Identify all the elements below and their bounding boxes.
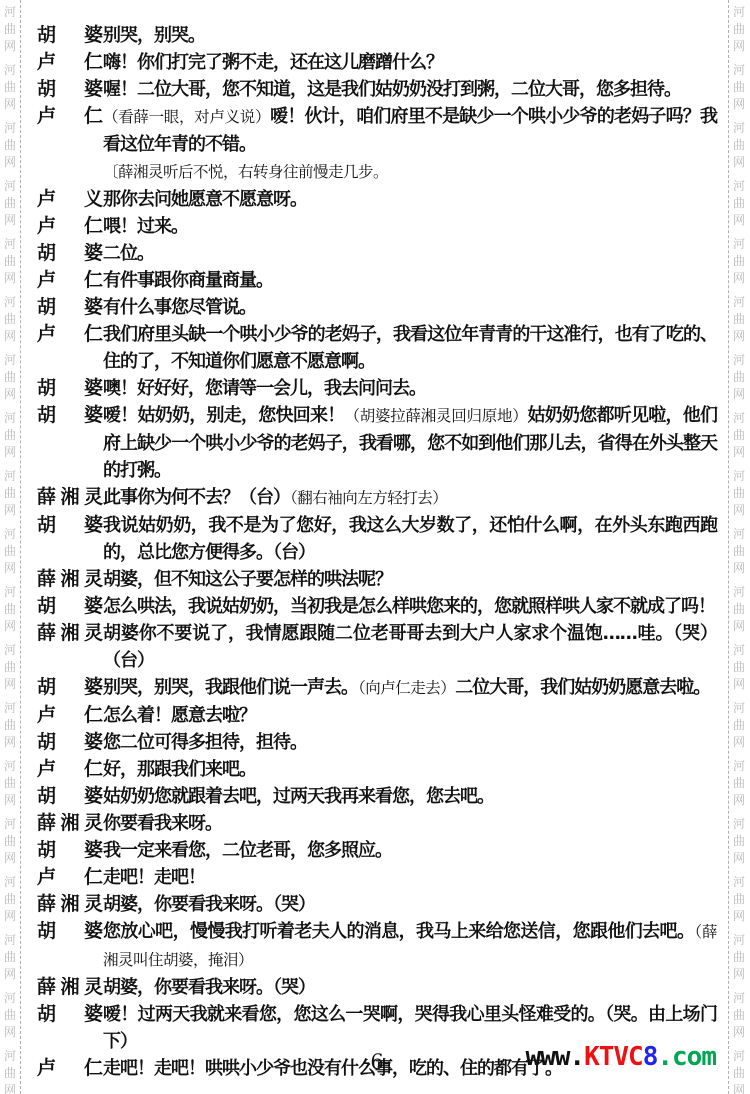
margin-watermark-char: 河 [1,294,19,311]
margin-watermark-char: 河 [730,120,748,137]
margin-watermark-char: 河 [730,294,748,311]
dialogue-text: 胡婆，你要看我来呀。（哭） [103,977,315,998]
margin-watermark-char: 曲 [730,833,748,850]
speaker-name: 卢仁 [37,103,103,130]
margin-watermark-char: 曲 [1,485,19,502]
margin-watermark-char: 网 [1,1082,19,1094]
margin-watermark-char: 曲 [1,659,19,676]
site-watermark-part: www. [525,1042,584,1072]
margin-watermark-char: 网 [730,792,748,809]
speech-line: 薛湘灵胡婆，但不知这公子要怎样的哄法呢？ [37,566,717,593]
margin-watermark-char: 曲 [1,1065,19,1082]
speaker-name: 薛湘灵 [37,974,103,1001]
margin-watermark-char: 网 [1,966,19,983]
margin-watermark-char: 曲 [730,1065,748,1082]
speech-text: 胡婆，你要看我来呀。（哭） [103,974,717,1001]
margin-watermark-char: 网 [1,270,19,287]
margin-watermark-char: 网 [1,734,19,751]
margin-watermark-char: 网 [730,1082,748,1094]
margin-watermark-char: 网 [1,618,19,635]
margin-watermark-char: 曲 [730,601,748,618]
margin-watermark-char: 网 [730,618,748,635]
speech-line: 胡婆您放心吧，慢慢我打听着老夫人的消息，我马上来给您送信，您跟他们去吧。（薛湘灵… [37,918,717,974]
speech-text: （看薛一眼，对卢义说）嗳！伙计，咱们府里不是缺少一个哄小少爷的老妈子吗？我看这位… [103,103,717,158]
margin-watermark-char: 河 [730,526,748,543]
dialogue-text: 胡婆，你要看我来呀。（哭） [103,894,315,915]
margin-watermark-char: 河 [1,178,19,195]
dialogue-text: 喔！二位大哥，您不知道，这是我们姑奶奶没打到粥，二位大哥，您多担待。 [103,79,681,100]
speaker-name: 胡婆 [37,76,103,103]
dialogue-text: 好，那跟我们来吧。 [103,759,256,780]
dialogue-text: 此事你为何不去？（台） [103,487,290,508]
speech-line: 卢仁（看薛一眼，对卢义说）嗳！伙计，咱们府里不是缺少一个哄小少爷的老妈子吗？我看… [37,103,717,158]
margin-watermark-char: 河 [730,62,748,79]
speaker-name: 薛湘灵 [37,566,103,593]
dialogue-text: 怎么着！愿意去啦？ [103,705,256,726]
margin-watermark-char: 河 [730,758,748,775]
speech-text: 有什么事您尽管说。 [103,294,717,321]
margin-watermark-char: 河 [730,468,748,485]
margin-watermark-char: 网 [1,908,19,925]
margin-watermark-char: 河 [1,4,19,21]
speech-text: 喂！过来。 [103,213,717,240]
speaker-name: 胡婆 [37,918,103,945]
speaker-name: 胡婆 [37,1001,103,1028]
margin-watermark-char: 网 [1,560,19,577]
dialogue-text: 走吧！走吧！ [103,867,205,888]
stage-direction: （翻右袖向左方轻打去） [290,489,447,507]
margin-watermark-char: 河 [1,410,19,427]
margin-watermark-char: 网 [730,560,748,577]
dialogue-text: 噢！好好好，您请等一会儿，我去问问去。 [103,378,426,399]
dialogue-text: 嗨！你们打完了粥不走，还在这儿磨蹭什么？ [103,52,443,73]
speech-text: 我一定来看您，二位老哥，您多照应。 [103,837,717,864]
site-watermark: www.KTVC8.com [525,1042,716,1072]
speech-text: 姑奶奶您就跟着去吧，过两天我再来看您，您去吧。 [103,783,717,810]
margin-watermark-char: 曲 [1,775,19,792]
margin-watermark-char: 网 [730,38,748,55]
dialogue-text: 你要看我来呀。 [103,813,222,834]
speech-text: 噢！好好好，您请等一会儿，我去问问去。 [103,375,717,402]
margin-watermark-char: 曲 [730,195,748,212]
speaker-name: 卢仁 [37,702,103,729]
margin-watermark-char: 曲 [1,543,19,560]
dialogue-text: 我说姑奶奶，我不是为了您好，我这么大岁数了，还怕什么啊，在外头东跑西跑的，总比您… [103,515,717,563]
margin-watermark-char: 河 [1,120,19,137]
speech-text: 喔！二位大哥，您不知道，这是我们姑奶奶没打到粥，二位大哥，您多担待。 [103,76,717,103]
margin-watermark-char: 网 [730,386,748,403]
margin-watermark-char: 河 [1,62,19,79]
speech-line: 卢仁怎么着！愿意去啦？ [37,702,717,729]
speaker-name: 胡婆 [37,729,103,756]
margin-watermark-char: 曲 [730,1007,748,1024]
speech-line: 胡婆喔！二位大哥，您不知道，这是我们姑奶奶没打到粥，二位大哥，您多担待。 [37,76,717,103]
left-dashed-border [20,0,21,1094]
speech-line: 薛湘灵你要看我来呀。 [37,810,717,837]
margin-watermark-char: 网 [730,966,748,983]
speaker-name: 胡婆 [37,593,103,620]
margin-watermark-char: 河 [1,468,19,485]
speech-line: 胡婆有什么事您尽管说。 [37,294,717,321]
margin-watermark-char: 网 [730,908,748,925]
margin-watermark-char: 网 [730,734,748,751]
margin-watermark-char: 河 [730,816,748,833]
margin-watermark-char: 河 [1,874,19,891]
dialogue-text: 您二位可得多担待，担待。 [103,732,307,753]
speech-text: 那你去问她愿意不愿意呀。 [103,186,717,213]
speaker-name: 薛湘灵 [37,484,103,511]
margin-watermark-char: 网 [1,96,19,113]
speech-line: 薛湘灵胡婆，你要看我来呀。（哭） [37,974,717,1001]
script-page: 河曲网河曲网河曲网河曲网河曲网河曲网河曲网河曲网河曲网河曲网河曲网河曲网河曲网河… [0,0,750,1094]
margin-watermark-char: 河 [1,816,19,833]
speech-text: 你要看我来呀。 [103,810,717,837]
speech-line: 胡婆嗳！姑奶奶，别走，您快回来！（胡婆拉薛湘灵回归原地）姑奶奶您都听见啦，他们府… [37,402,717,484]
margin-watermark-char: 曲 [1,891,19,908]
speech-line: 薛湘灵胡婆，你要看我来呀。（哭） [37,891,717,918]
margin-watermark-char: 曲 [730,891,748,908]
margin-watermark-char: 网 [730,328,748,345]
margin-watermark-char: 河 [1,352,19,369]
site-watermark-part: .com [657,1042,716,1072]
dialogue-text: 那你去问她愿意不愿意呀。 [103,189,307,210]
margin-watermark-char: 曲 [730,311,748,328]
speech-line: 胡婆二位。 [37,240,717,267]
margin-watermark-char: 曲 [730,137,748,154]
margin-watermark-char: 河 [730,236,748,253]
margin-watermark-char: 网 [1,676,19,693]
margin-watermark-char: 曲 [1,427,19,444]
margin-watermark-char: 网 [1,792,19,809]
margin-watermark-char: 网 [730,154,748,171]
speaker-name: 胡婆 [37,674,103,701]
speaker-name: 卢义 [37,186,103,213]
speaker-name: 卢仁 [37,267,103,294]
margin-watermark-char: 河 [1,1048,19,1065]
speech-line: 胡婆噢！好好好，您请等一会儿，我去问问去。 [37,375,717,402]
dialogue-text: 我们府里头缺一个哄小少爷的老妈子，我看这位年青青的干这准行，也有了吃的、住的了，… [103,324,717,372]
speaker-name: 薛湘灵 [37,891,103,918]
speech-line: 卢仁嗨！你们打完了粥不走，还在这儿磨蹭什么？ [37,49,717,76]
dialogue-text: 嗳！姑奶奶，别走，您快回来！ [103,405,345,426]
speaker-name: 卢仁 [37,756,103,783]
margin-watermark-char: 网 [730,676,748,693]
speech-line: 胡婆我说姑奶奶，我不是为了您好，我这么大岁数了，还怕什么啊，在外头东跑西跑的，总… [37,512,717,566]
speech-text: 胡婆，你要看我来呀。（哭） [103,891,717,918]
margin-watermark-char: 河 [1,758,19,775]
script-body: 胡婆别哭，别哭。卢仁嗨！你们打完了粥不走，还在这儿磨蹭什么？胡婆喔！二位大哥，您… [37,0,717,1082]
margin-watermark-char: 曲 [1,833,19,850]
dialogue-text: 您放心吧，慢慢我打听着老夫人的消息，我马上来给您送信，您跟他们去吧。 [103,921,694,942]
margin-watermark-char: 曲 [1,369,19,386]
speech-line: 胡婆您二位可得多担待，担待。 [37,729,717,756]
margin-watermark-char: 网 [1,386,19,403]
margin-watermark-char: 河 [730,1048,748,1065]
speaker-name: 卢仁 [37,864,103,891]
margin-watermark-char: 网 [730,96,748,113]
right-margin-watermark: 河曲网河曲网河曲网河曲网河曲网河曲网河曲网河曲网河曲网河曲网河曲网河曲网河曲网河… [730,0,748,1094]
speech-text: 嗨！你们打完了粥不走，还在这儿磨蹭什么？ [103,49,717,76]
speech-line: 胡婆怎么哄法，我说姑奶奶，当初我是怎么样哄您来的，您就照样哄人家不就成了吗！ [37,593,717,620]
speech-text: 您二位可得多担待，担待。 [103,729,717,756]
speech-line: 胡婆我一定来看您，二位老哥，您多照应。 [37,837,717,864]
speaker-name: 胡婆 [37,375,103,402]
speaker-name: 薛湘灵 [37,620,103,647]
dialogue-text: 别哭，别哭。 [103,25,205,46]
margin-watermark-char: 曲 [730,543,748,560]
speech-text: 二位。 [103,240,717,267]
margin-watermark-char: 河 [730,410,748,427]
margin-watermark-char: 曲 [730,79,748,96]
speech-text: 我说姑奶奶，我不是为了您好，我这么大岁数了，还怕什么啊，在外头东跑西跑的，总比您… [103,512,717,566]
speech-text: 嗳！姑奶奶，别走，您快回来！（胡婆拉薛湘灵回归原地）姑奶奶您都听见啦，他们府上缺… [103,402,717,484]
speaker-name: 薛湘灵 [37,810,103,837]
margin-watermark-char: 曲 [730,775,748,792]
speech-line: 胡婆姑奶奶您就跟着去吧，过两天我再来看您，您去吧。 [37,783,717,810]
margin-watermark-char: 网 [730,444,748,461]
margin-watermark-char: 曲 [1,949,19,966]
margin-watermark-char: 网 [1,154,19,171]
stage-direction: （看薛一眼，对卢义说） [103,108,270,126]
margin-watermark-char: 曲 [1,601,19,618]
margin-watermark-char: 网 [1,850,19,867]
speaker-name: 卢仁 [37,321,103,348]
speech-text: 怎么着！愿意去啦？ [103,702,717,729]
speech-line: 卢仁我们府里头缺一个哄小少爷的老妈子，我看这位年青青的干这准行，也有了吃的、住的… [37,321,717,375]
margin-watermark-char: 河 [1,700,19,717]
margin-watermark-char: 曲 [730,427,748,444]
margin-watermark-char: 网 [1,1024,19,1041]
dialogue-text: 别哭，别哭，我跟他们说一声去。 [103,677,358,698]
dialogue-text: 有什么事您尽管说。 [103,297,256,318]
margin-watermark-char: 曲 [730,21,748,38]
speech-line: 胡婆别哭，别哭，我跟他们说一声去。（向卢仁走去）二位大哥，我们姑奶奶愿意去啦。 [37,674,717,702]
speech-text: 胡婆，但不知这公子要怎样的哄法呢？ [103,566,717,593]
margin-watermark-char: 曲 [1,253,19,270]
margin-watermark-char: 网 [730,270,748,287]
margin-watermark-char: 曲 [1,137,19,154]
stage-direction: （胡婆拉薛湘灵回归原地） [345,407,528,425]
margin-watermark-char: 网 [730,212,748,229]
speaker-name: 卢仁 [37,49,103,76]
margin-watermark-char: 河 [730,700,748,717]
right-dashed-border [728,0,729,1094]
margin-watermark-char: 河 [1,642,19,659]
margin-watermark-char: 曲 [1,311,19,328]
stage-direction: 〔薛湘灵听后不悦，右转身往前慢走几步。 [103,163,388,181]
speaker-name: 卢仁 [37,213,103,240]
speech-text: 怎么哄法，我说姑奶奶，当初我是怎么样哄您来的，您就照样哄人家不就成了吗！ [103,593,717,620]
speech-line: 卢仁好，那跟我们来吧。 [37,756,717,783]
margin-watermark-char: 曲 [1,79,19,96]
margin-watermark-char: 网 [1,212,19,229]
speech-text: 此事你为何不去？（台）（翻右袖向左方轻打去） [103,484,717,512]
margin-watermark-char: 河 [730,990,748,1007]
speaker-name: 胡婆 [37,402,103,429]
margin-watermark-char: 网 [1,502,19,519]
left-margin-watermark: 河曲网河曲网河曲网河曲网河曲网河曲网河曲网河曲网河曲网河曲网河曲网河曲网河曲网河… [1,0,19,1094]
speaker-name: 胡婆 [37,240,103,267]
margin-watermark-char: 河 [730,642,748,659]
speech-line: 薛湘灵胡婆你不要说了，我情愿跟随二位老哥哥去到大户人家求个温饱……哇。（哭）（台… [37,620,717,674]
margin-watermark-char: 曲 [730,949,748,966]
speech-line: 卢仁有件事跟你商量商量。 [37,267,717,294]
margin-watermark-char: 河 [1,236,19,253]
dialogue-text: 胡婆，但不知这公子要怎样的哄法呢？ [103,569,392,590]
margin-watermark-char: 河 [730,932,748,949]
margin-watermark-char: 河 [1,584,19,601]
margin-watermark-char: 网 [1,38,19,55]
speech-text: 别哭，别哭。 [103,22,717,49]
margin-watermark-char: 河 [1,526,19,543]
dialogue-text: 有件事跟你商量商量。 [103,270,273,291]
stage-direction: （向卢仁走去） [358,679,455,697]
speech-text: 我们府里头缺一个哄小少爷的老妈子，我看这位年青青的干这准行，也有了吃的、住的了，… [103,321,717,375]
speech-line: 〔薛湘灵听后不悦，右转身往前慢走几步。 [37,158,717,186]
speech-text: 您放心吧，慢慢我打听着老夫人的消息，我马上来给您送信，您跟他们去吧。（薛湘灵叫住… [103,918,717,974]
speaker-name: 胡婆 [37,783,103,810]
dialogue-text: 胡婆你不要说了，我情愿跟随二位老哥哥去到大户人家求个温饱……哇。（哭）（台） [103,623,717,671]
margin-watermark-char: 曲 [730,717,748,734]
margin-watermark-char: 河 [730,178,748,195]
speaker-name: 胡婆 [37,512,103,539]
margin-watermark-char: 曲 [1,21,19,38]
margin-watermark-char: 曲 [730,659,748,676]
site-watermark-part: 8 [643,1042,658,1072]
margin-watermark-char: 曲 [1,717,19,734]
margin-watermark-char: 河 [1,932,19,949]
speech-text: 别哭，别哭，我跟他们说一声去。（向卢仁走去）二位大哥，我们姑奶奶愿意去啦。 [103,674,717,702]
margin-watermark-char: 曲 [730,369,748,386]
margin-watermark-char: 曲 [1,195,19,212]
speech-line: 卢仁走吧！走吧！ [37,864,717,891]
dialogue-text: 怎么哄法，我说姑奶奶，当初我是怎么样哄您来的，您就照样哄人家不就成了吗！ [103,596,715,617]
margin-watermark-char: 网 [730,1024,748,1041]
site-watermark-part: KTVC [584,1042,643,1072]
margin-watermark-char: 网 [1,328,19,345]
margin-watermark-char: 河 [730,874,748,891]
dialogue-text: 姑奶奶您就跟着去吧，过两天我再来看您，您去吧。 [103,786,494,807]
margin-watermark-char: 河 [730,4,748,21]
margin-watermark-char: 网 [1,444,19,461]
speech-text: 好，那跟我们来吧。 [103,756,717,783]
margin-watermark-char: 河 [730,352,748,369]
margin-watermark-char: 网 [730,502,748,519]
speaker-name: 胡婆 [37,837,103,864]
speech-text: 〔薛湘灵听后不悦，右转身往前慢走几步。 [103,158,717,186]
margin-watermark-char: 曲 [730,253,748,270]
speech-line: 胡婆别哭，别哭。 [37,22,717,49]
speech-text: 走吧！走吧！ [103,864,717,891]
margin-watermark-char: 河 [1,990,19,1007]
speech-text: 胡婆你不要说了，我情愿跟随二位老哥哥去到大户人家求个温饱……哇。（哭）（台） [103,620,717,674]
margin-watermark-char: 河 [730,584,748,601]
speaker-name: 胡婆 [37,22,103,49]
speech-line: 卢仁喂！过来。 [37,213,717,240]
dialogue-text: 二位。 [103,243,154,264]
margin-watermark-char: 网 [730,850,748,867]
speech-line: 薛湘灵此事你为何不去？（台）（翻右袖向左方轻打去） [37,484,717,512]
margin-watermark-char: 曲 [1,1007,19,1024]
speech-line: 卢义那你去问她愿意不愿意呀。 [37,186,717,213]
dialogue-text: 喂！过来。 [103,216,188,237]
dialogue-text: 我一定来看您，二位老哥，您多照应。 [103,840,392,861]
speech-text: 有件事跟你商量商量。 [103,267,717,294]
dialogue-text: 二位大哥，我们姑奶奶愿意去啦。 [455,677,710,698]
speaker-name: 胡婆 [37,294,103,321]
margin-watermark-char: 曲 [730,485,748,502]
